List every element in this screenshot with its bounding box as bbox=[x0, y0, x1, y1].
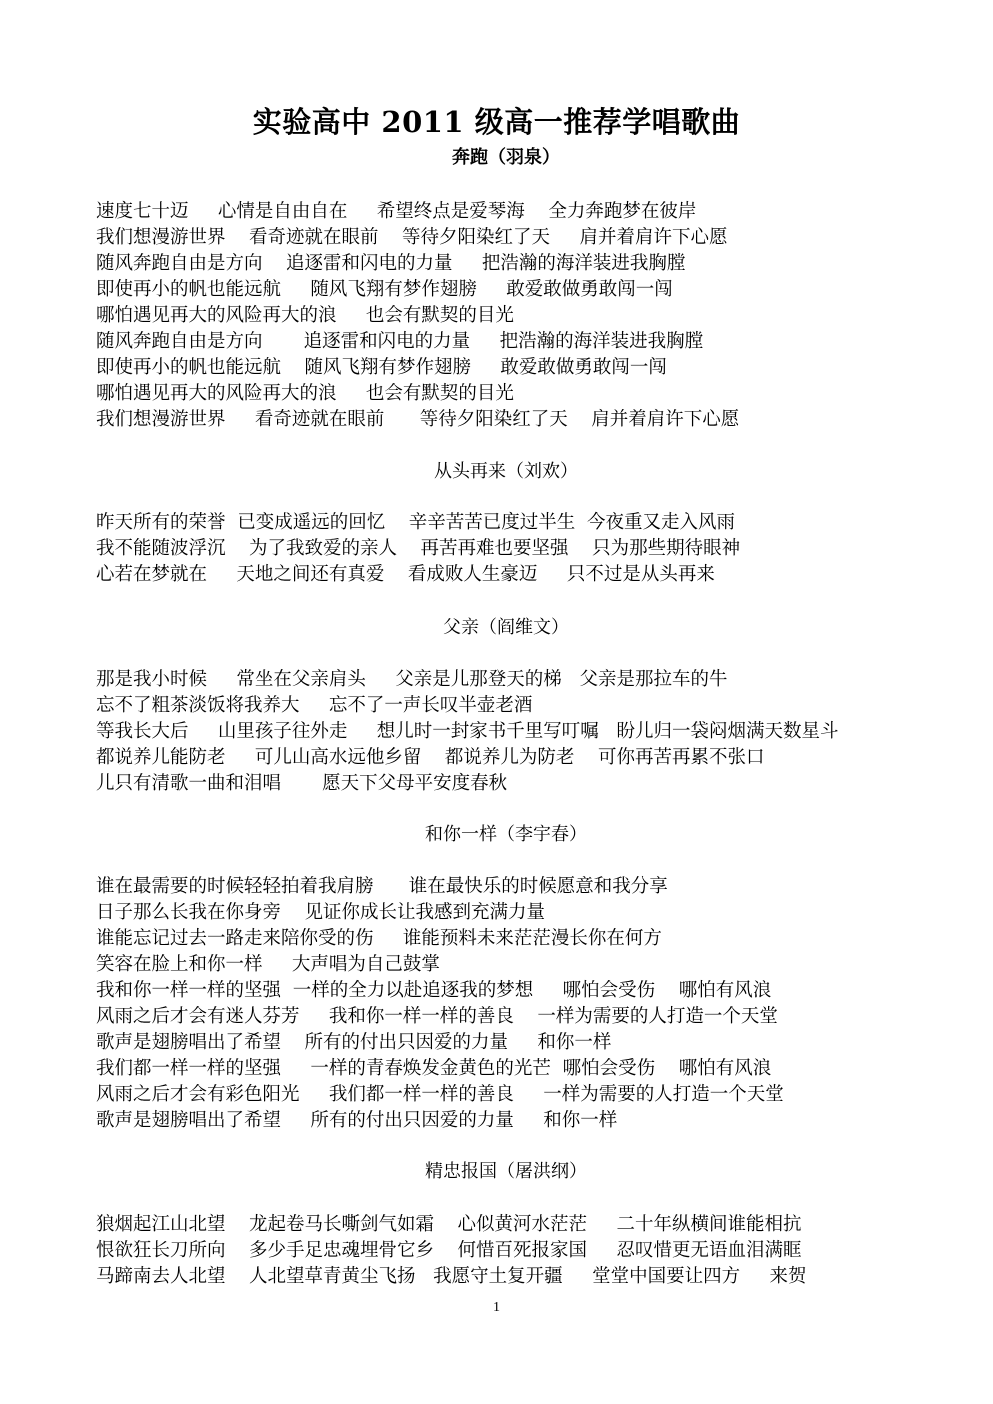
lyric-line: 我和你一样一样的坚强 一样的全力以赴追逐我的梦想 哪怕会受伤 哪怕有风浪 bbox=[96, 978, 784, 1004]
song-title: 从头再来（刘欢） bbox=[96, 460, 916, 484]
lyrics: 狼烟起江山北望 龙起卷马长嘶剑气如霜 心似黄河水茫茫 二十年纵横间谁能相抗 恨欲… bbox=[96, 1212, 806, 1290]
lyric-line: 即使再小的帆也能远航 随风飞翔有梦作翅膀 敢爱敢做勇敢闯一闯 bbox=[96, 355, 739, 381]
lyric-line: 我们想漫游世界 看奇迹就在眼前 等待夕阳染红了天 肩并着肩许下心愿 bbox=[96, 407, 739, 433]
lyric-line: 风雨之后才会有彩色阳光 我们都一样一样的善良 一样为需要的人打造一个天堂 bbox=[96, 1082, 784, 1108]
lyric-line: 等我长大后 山里孩子往外走 想儿时一封家书千里写叮嘱 盼儿归一袋闷烟满天数星斗 bbox=[96, 719, 838, 745]
lyric-line: 随风奔跑自由是方向 追逐雷和闪电的力量 把浩瀚的海洋装进我胸膛 bbox=[96, 329, 739, 355]
lyric-line: 我们想漫游世界 看奇迹就在眼前 等待夕阳染红了天 肩并着肩许下心愿 bbox=[96, 225, 739, 251]
song-title: 奔跑（羽泉） bbox=[96, 146, 916, 170]
lyrics: 速度七十迈 心情是自由自在 希望终点是爱琴海 全力奔跑梦在彼岸 我们想漫游世界 … bbox=[96, 199, 739, 433]
lyric-line: 歌声是翅膀唱出了希望 所有的付出只因爱的力量 和你一样 bbox=[96, 1108, 784, 1134]
lyric-line: 谁能忘记过去一路走来陪你受的伤 谁能预料未来茫茫漫长你在何方 bbox=[96, 926, 784, 952]
lyric-line: 我们都一样一样的坚强 一样的青春焕发金黄色的光芒 哪怕会受伤 哪怕有风浪 bbox=[96, 1056, 784, 1082]
lyric-line: 昨天所有的荣誉 已变成遥远的回忆 辛辛苦苦已度过半生 今夜重又走入风雨 bbox=[96, 510, 740, 536]
lyrics: 昨天所有的荣誉 已变成遥远的回忆 辛辛苦苦已度过半生 今夜重又走入风雨 我不能随… bbox=[96, 510, 740, 588]
lyric-line: 狼烟起江山北望 龙起卷马长嘶剑气如霜 心似黄河水茫茫 二十年纵横间谁能相抗 bbox=[96, 1212, 806, 1238]
lyric-line: 那是我小时候 常坐在父亲肩头 父亲是儿那登天的梯 父亲是那拉车的牛 bbox=[96, 667, 838, 693]
lyric-line: 我不能随波浮沉 为了我致爱的亲人 再苦再难也要坚强 只为那些期待眼神 bbox=[96, 536, 740, 562]
lyric-line: 即使再小的帆也能远航 随风飞翔有梦作翅膀 敢爱敢做勇敢闯一闯 bbox=[96, 277, 739, 303]
lyric-line: 随风奔跑自由是方向 追逐雷和闪电的力量 把浩瀚的海洋装进我胸膛 bbox=[96, 251, 739, 277]
lyric-line: 谁在最需要的时候轻轻拍着我肩膀 谁在最快乐的时候愿意和我分享 bbox=[96, 874, 784, 900]
lyrics: 那是我小时候 常坐在父亲肩头 父亲是儿那登天的梯 父亲是那拉车的牛 忘不了粗茶淡… bbox=[96, 667, 838, 797]
lyric-line: 哪怕遇见再大的风险再大的浪 也会有默契的目光 bbox=[96, 303, 739, 329]
lyric-line: 笑容在脸上和你一样 大声唱为自己鼓掌 bbox=[96, 952, 784, 978]
song-title: 父亲（阎维文） bbox=[96, 616, 916, 640]
document-title: 实验高中 2011 级高一推荐学唱歌曲 bbox=[0, 104, 993, 140]
lyric-line: 儿只有清歌一曲和泪唱 愿天下父母平安度春秋 bbox=[96, 771, 838, 797]
lyric-line: 心若在梦就在 天地之间还有真爱 看成败人生豪迈 只不过是从头再来 bbox=[96, 562, 740, 588]
lyric-line: 都说养儿能防老 可儿山高水远他乡留 都说养儿为防老 可你再苦再累不张口 bbox=[96, 745, 838, 771]
lyric-line: 风雨之后才会有迷人芬芳 我和你一样一样的善良 一样为需要的人打造一个天堂 bbox=[96, 1004, 784, 1030]
lyric-line: 速度七十迈 心情是自由自在 希望终点是爱琴海 全力奔跑梦在彼岸 bbox=[96, 199, 739, 225]
lyric-line: 日子那么长我在你身旁 见证你成长让我感到充满力量 bbox=[96, 900, 784, 926]
lyrics: 谁在最需要的时候轻轻拍着我肩膀 谁在最快乐的时候愿意和我分享 日子那么长我在你身… bbox=[96, 874, 784, 1134]
lyric-line: 恨欲狂长刀所向 多少手足忠魂埋骨它乡 何惜百死报家国 忍叹惜更无语血泪满眶 bbox=[96, 1238, 806, 1264]
lyric-line: 忘不了粗茶淡饭将我养大 忘不了一声长叹半壶老酒 bbox=[96, 693, 838, 719]
lyric-line: 马蹄南去人北望 人北望草青黄尘飞扬 我愿守土复开疆 堂堂中国要让四方 来贺 bbox=[96, 1264, 806, 1290]
lyric-line: 哪怕遇见再大的风险再大的浪 也会有默契的目光 bbox=[96, 381, 739, 407]
lyric-line: 歌声是翅膀唱出了希望 所有的付出只因爱的力量 和你一样 bbox=[96, 1030, 784, 1056]
song-title: 精忠报国（屠洪纲） bbox=[96, 1160, 916, 1184]
song-title: 和你一样（李宇春） bbox=[96, 823, 916, 847]
page-number: 1 bbox=[0, 1300, 993, 1316]
